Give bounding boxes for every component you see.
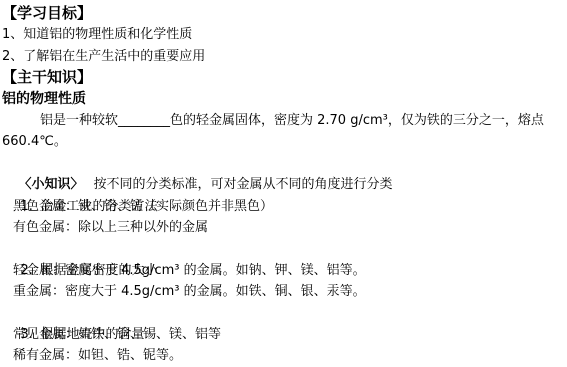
tip-line: 〈小知识〉按不同的分类标准，可对金属从不同的角度进行分类 bbox=[0, 153, 567, 174]
tip-label: 〈小知识〉 bbox=[19, 177, 84, 192]
objective-item-1: 1、知道铝的物理性质和化学性质 bbox=[0, 24, 567, 45]
list-item-2-title-line: 2.根据金属密度的大小 bbox=[0, 238, 567, 259]
list-item-1-subline-2: 有色金属：除以上三种以外的金属 bbox=[0, 217, 567, 238]
aluminum-description-line-1: 铝是一种较软________色的轻金属固体，密度为 2.70 g/cm³，仅为铁… bbox=[0, 110, 567, 131]
worksheet-document: 【学习目标】 1、知道铝的物理性质和化学性质 2、了解铝在生产生活中的重要应用 … bbox=[0, 0, 567, 367]
subsection-title-aluminum-physical-properties: 铝的物理性质 bbox=[0, 89, 567, 110]
aluminum-description-line-2: 660.4℃。 bbox=[0, 131, 567, 152]
tip-text: 按不同的分类标准，可对金属从不同的角度进行分类 bbox=[94, 177, 393, 192]
list-item-1-subline-1: 黑色金属：铁、铬、锰（实际颜色并非黑色） bbox=[0, 196, 567, 217]
list-item-3-subline-1: 常见金属：如铁、铜、锡、镁、铝等 bbox=[0, 324, 567, 345]
list-item-2-subline-1: 轻金属：密度小于 4.5g/cm³ 的金属。如钠、钾、镁、铝等。 bbox=[0, 260, 567, 281]
list-item-3-subline-2: 稀有金属：如钽、锆、铌等。 bbox=[0, 345, 567, 366]
list-item-3-title-line: 3.根据地壳中的含量 bbox=[0, 302, 567, 323]
list-item-2-subline-2: 重金属：密度大于 4.5g/cm³ 的金属。如铁、铜、银、汞等。 bbox=[0, 281, 567, 302]
section-header-main-knowledge: 【主干知识】 bbox=[0, 67, 567, 88]
objective-item-2: 2、了解铝在生产生活中的重要应用 bbox=[0, 46, 567, 67]
section-header-learning-goals: 【学习目标】 bbox=[0, 3, 567, 24]
